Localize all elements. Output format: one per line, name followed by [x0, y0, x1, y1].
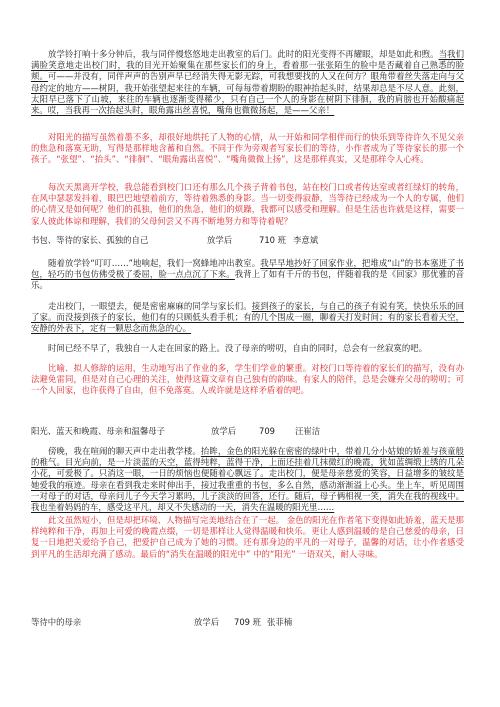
text-segment: 此文虽然短小，但是却把环境、人物描写完美地结合在了一起。 金色的阳光在作者笔下变… — [31, 515, 464, 559]
essay-topic: 放学后 — [211, 425, 236, 437]
essay-paragraph: 走出校门，一眼望去，便是密密麻麻的同学与家长们。接到孩子的家长，与自己的孩子有说… — [31, 301, 464, 335]
essay-paragraph: 随着放学铃“叮叮……”地响起，我们一窝蜂地冲出教室。我早早地抄好了回家作业，把堆… — [31, 258, 464, 292]
essay-title: 书包、等待的家长、孤独的自己 — [31, 234, 148, 246]
essay-title: 等待中的母亲 — [31, 616, 81, 628]
teacher-comment-paragraph: 每次天黑离开学校，我总能看到校门口还有那么几个孩子背着书包，站在校门口或者传达室… — [31, 182, 464, 227]
essay-topic: 放学后 — [194, 616, 219, 628]
essay-class: 709 班 — [234, 616, 261, 628]
text-segment: 放学铃打响十多分钟后，我与同伴慢悠悠地走出教室的后门。此时的阳光变得不再耀眼，却… — [48, 49, 439, 59]
text-segment: 走出校门，一眼望去，便是密密麻麻的同学与家长们。 — [48, 301, 252, 311]
essay-author: 张菲楠 — [267, 616, 292, 628]
essay-author: 汪崔洁 — [295, 425, 320, 437]
teacher-comment-paragraph: 比喻、拟人修辞的运用，生动地写出了作业的多，学生们学业的繁重。对校门口等待着的家… — [31, 363, 464, 397]
teacher-comment-paragraph: 此文虽然短小，但是却把环境、人物描写完美地结合在了一起。 金色的阳光在作者笔下变… — [31, 515, 464, 560]
essay-header: 书包、等待的家长、孤独的自己 放学后 710 班 李意斌 — [31, 234, 464, 246]
essay-header: 等待中的母亲 放学后 709 班 张菲楠 — [31, 616, 464, 628]
essay-topic: 放学后 — [207, 234, 232, 246]
essay-paragraph: 傍晚，我在喧闹的聊天声中走出教学楼。抬眸，金色的阳光躲在密密的绿叶中，带着几分小… — [31, 446, 464, 513]
text-segment: 傍晚，我在喧闹的聊天声中走出教学楼。 — [48, 446, 201, 456]
essay-title: 阳光、蓝天和晚霞、母亲和温馨母子 — [31, 425, 165, 437]
essay-paragraph: 时间已经不早了，我独自一人走在回家的路上。没了母亲的唠叨，自由的同时，总会有一丝… — [31, 343, 464, 354]
essay-class: 709 — [259, 425, 275, 437]
essay-paragraph: 放学铃打响十多分钟后，我与同伴慢悠悠地走出教室的后门。此时的阳光变得不再耀眼，却… — [31, 49, 464, 116]
text-segment: 每次天黑离开学校，我总能看到校门口还有那么几个孩子背着书包，站在校门口或者传达室… — [31, 182, 464, 226]
teacher-comment-paragraph: 对阳光的描写虽然着墨不多，却很好地烘托了人物的心情，从一开始和同学相伴而行的快乐… — [31, 132, 464, 166]
text-segment: 可——并没有，同伴声声的告别声早已经消失得无影无踪，可我想要找的人又在何方？ — [48, 71, 371, 81]
essay-class: 710 班 — [259, 234, 286, 246]
essay-header: 阳光、蓝天和晚霞、母亲和温馨母子 放学后 709 汪崔洁 — [31, 425, 464, 437]
essay-author: 李意斌 — [293, 234, 318, 246]
text-segment: 对阳光的描写虽然着墨不多，却很好地烘托了人物的心情，从一开始和同学相伴而行的快乐… — [31, 132, 464, 164]
text-segment: 随着放学铃“叮叮……”地响起，我们一窝蜂地冲出教室。 — [48, 258, 260, 268]
text-segment: 时间已经不早了，我独自一人走在回家的路上。没了母亲的唠叨，自由的同时，总会有一丝… — [48, 343, 427, 353]
text-segment: 比喻、拟人修辞的运用，生动地写出了作业的多，学生们学业的繁重。对校门口等待着的家… — [31, 363, 464, 395]
